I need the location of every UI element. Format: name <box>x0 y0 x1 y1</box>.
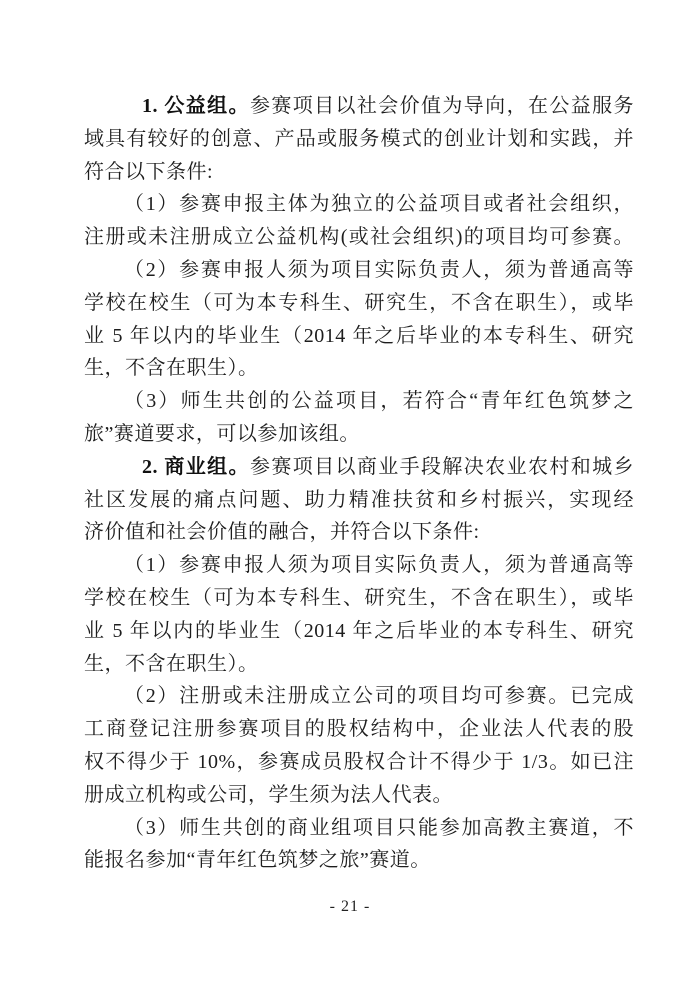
line-text: 能报名参加“青年红色筑梦之旅”赛道。 <box>84 849 431 871</box>
text-line: 符合以下条件: <box>84 156 634 189</box>
line-text: 注册或未注册成立公益机构(或社会组织)的项目均可参赛。 <box>84 226 634 248</box>
text-line: 域具有较好的创意、产品或服务模式的创业计划和实践，并 <box>84 123 634 156</box>
line-text: 旅”赛道要求，可以参加该组。 <box>84 423 360 445</box>
section-heading: 2. 商业组。 <box>142 456 250 478</box>
text-line: （1）参赛申报人须为项目实际负责人，须为普通高等 <box>84 549 634 582</box>
text-line: 注册或未注册成立公益机构(或社会组织)的项目均可参赛。 <box>84 221 634 254</box>
document-body: 1. 公益组。参赛项目以社会价值为导向，在公益服务领域具有较好的创意、产品或服务… <box>84 90 634 877</box>
line-text: 域具有较好的创意、产品或服务模式的创业计划和实践，并 <box>84 128 634 150</box>
text-line: 能报名参加“青年红色筑梦之旅”赛道。 <box>84 844 634 877</box>
line-text: （3）师生共创的公益项目，若符合“青年红色筑梦之 <box>124 390 634 412</box>
text-line: 学校在校生（可为本专科生、研究生，不含在职生），或毕 <box>84 287 634 320</box>
line-text: （1）参赛申报人须为项目实际负责人，须为普通高等 <box>124 554 634 576</box>
line-text: 学校在校生（可为本专科生、研究生，不含在职生），或毕 <box>84 587 634 609</box>
line-text: 册成立机构或公司，学生须为法人代表。 <box>84 784 453 806</box>
line-text: 社区发展的痛点问题、助力精准扶贫和乡村振兴，实现经 <box>84 489 634 511</box>
text-line: （1）参赛申报主体为独立的公益项目或者社会组织， <box>84 188 634 221</box>
line-text: 学校在校生（可为本专科生、研究生，不含在职生），或毕 <box>84 292 634 314</box>
text-line: 生，不含在职生）。 <box>84 648 634 681</box>
text-line: （2）参赛申报人须为项目实际负责人，须为普通高等 <box>84 254 634 287</box>
text-line: 业 5 年以内的毕业生（2014 年之后毕业的本专科生、研究 <box>84 320 634 353</box>
section-heading-line: 2. 商业组。参赛项目以商业手段解决农业农村和城乡 <box>84 451 634 484</box>
text-line: 生，不含在职生）。 <box>84 352 634 385</box>
text-line: 工商登记注册参赛项目的股权结构中，企业法人代表的股 <box>84 713 634 746</box>
section-heading: 1. 公益组。 <box>142 95 250 117</box>
line-text: 工商登记注册参赛项目的股权结构中，企业法人代表的股 <box>84 718 634 740</box>
section-heading-line: 1. 公益组。参赛项目以社会价值为导向，在公益服务领 <box>84 90 634 123</box>
page-number: - 21 - <box>0 898 700 916</box>
line-text: 业 5 年以内的毕业生（2014 年之后毕业的本专科生、研究 <box>84 620 634 642</box>
text-line: 济价值和社会价值的融合，并符合以下条件: <box>84 516 634 549</box>
text-line: 权不得少于 10%，参赛成员股权合计不得少于 1/3。如已注 <box>84 746 634 779</box>
text-line: 学校在校生（可为本专科生、研究生，不含在职生），或毕 <box>84 582 634 615</box>
text-line: 社区发展的痛点问题、助力精准扶贫和乡村振兴，实现经 <box>84 484 634 517</box>
text-line: 册成立机构或公司，学生须为法人代表。 <box>84 779 634 812</box>
text-line: 旅”赛道要求，可以参加该组。 <box>84 418 634 451</box>
line-text: （1）参赛申报主体为独立的公益项目或者社会组织， <box>124 193 634 215</box>
line-text: 生，不含在职生）。 <box>84 653 259 675</box>
line-text: （2）参赛申报人须为项目实际负责人，须为普通高等 <box>124 259 634 281</box>
line-text: 生，不含在职生）。 <box>84 357 259 379</box>
line-text: （3）师生共创的商业组项目只能参加高教主赛道，不 <box>124 817 634 839</box>
line-text: （2）注册或未注册成立公司的项目均可参赛。已完成 <box>124 685 634 707</box>
document-page: 1. 公益组。参赛项目以社会价值为导向，在公益服务领域具有较好的创意、产品或服务… <box>0 0 700 990</box>
text-line: 业 5 年以内的毕业生（2014 年之后毕业的本专科生、研究 <box>84 615 634 648</box>
line-text: 参赛项目以商业手段解决农业农村和城乡 <box>250 456 634 478</box>
line-text: 权不得少于 10%，参赛成员股权合计不得少于 1/3。如已注 <box>84 751 634 773</box>
text-line: （2）注册或未注册成立公司的项目均可参赛。已完成 <box>84 680 634 713</box>
text-line: （3）师生共创的商业组项目只能参加高教主赛道，不 <box>84 812 634 845</box>
line-text: 符合以下条件: <box>84 161 213 183</box>
line-text: 业 5 年以内的毕业生（2014 年之后毕业的本专科生、研究 <box>84 325 634 347</box>
line-text: 济价值和社会价值的融合，并符合以下条件: <box>84 521 480 543</box>
text-line: （3）师生共创的公益项目，若符合“青年红色筑梦之 <box>84 385 634 418</box>
